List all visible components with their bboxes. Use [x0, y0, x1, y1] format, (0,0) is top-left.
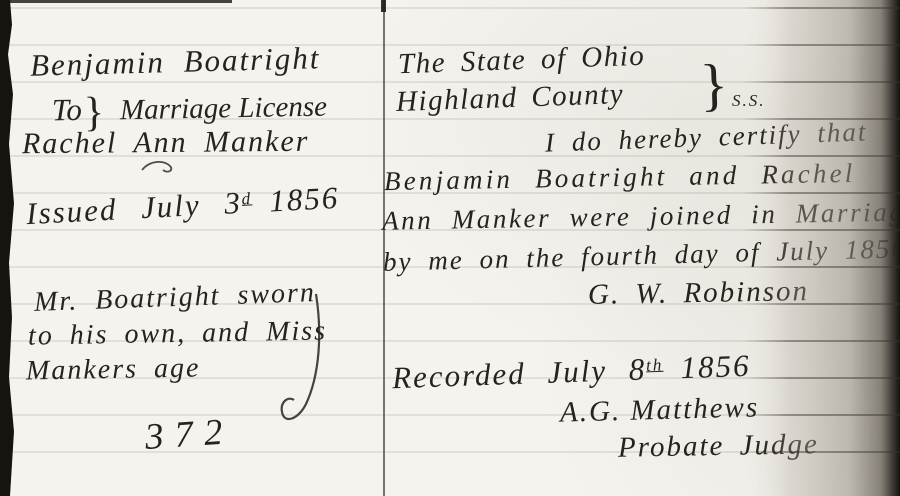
issued-year: 1856	[268, 180, 340, 219]
issued-prefix: Issued July 3	[25, 185, 242, 231]
recorder-signature: A.G. Matthews	[560, 393, 760, 427]
sworn-note-line-3: Mankers age	[26, 354, 201, 385]
certify-line-3: Ann Manker were joined in Marriage	[382, 198, 900, 234]
ss-abbreviation: S.S.	[732, 92, 766, 109]
certify-line-4: by me on the fourth day of July 1856	[383, 235, 900, 276]
certify-line-1: I do hereby certify that	[545, 118, 868, 156]
state-line: The State of Ohio	[398, 42, 646, 80]
column-divider-cap	[381, 0, 386, 12]
bride-name: Rachel Ann Manker	[22, 127, 310, 160]
spacer	[253, 211, 270, 212]
to-label: To	[52, 92, 83, 128]
recorded-date-line: Recorded July 8th1856	[392, 350, 751, 393]
certify-line-2: Benjamin Boatright and Rachel	[384, 160, 856, 195]
binding-edge	[0, 0, 14, 496]
recorded-prefix: Recorded July 8	[391, 351, 646, 395]
officiant-signature: G. W. Robinson	[588, 277, 809, 310]
right-brace-glyph: }	[699, 56, 729, 115]
issued-ordinal-superscript: d	[241, 189, 252, 209]
recorded-year: 1856	[680, 348, 751, 385]
issued-date-line: Issued July 3d1856	[25, 182, 340, 229]
spacer	[664, 378, 681, 379]
county-line: Highland County	[396, 80, 625, 117]
recorded-ordinal-superscript: th	[646, 355, 664, 375]
ledger-page: Benjamin Boatright To}Marriage License R…	[0, 0, 900, 496]
record-type-label: Marriage License	[120, 91, 328, 127]
pen-flourish-icon	[140, 158, 180, 176]
pen-descender-stroke-icon	[272, 292, 328, 432]
top-edge-line	[0, 0, 232, 3]
groom-name: Benjamin Boatright	[30, 42, 321, 81]
recorder-title: Probate Judge	[618, 430, 819, 463]
record-page-number: 372	[144, 413, 235, 456]
